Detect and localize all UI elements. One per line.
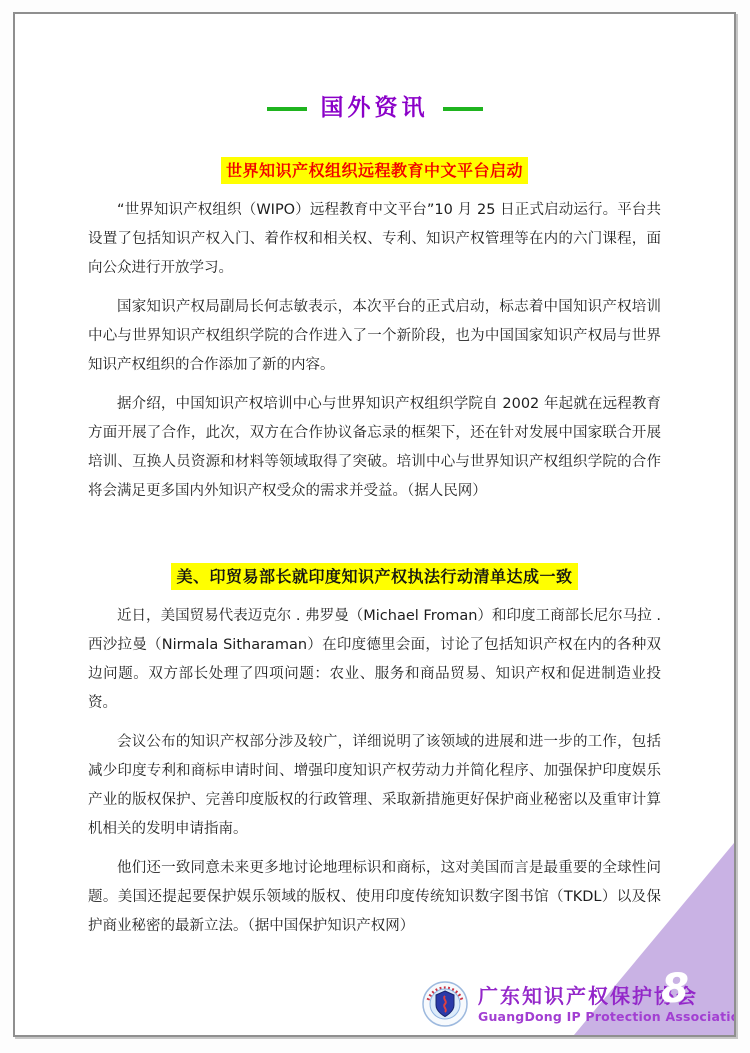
article-2-title: 美、印贸易部长就印度知识产权执法行动清单达成一致 [171,563,577,590]
page-number: 8 [661,969,689,1009]
page-title: 国外资讯 [321,94,429,124]
article-paragraph: 会议公布的知识产权部分涉及较广，详细说明了该领域的进展和进一步的工作，包括减少印… [88,728,661,844]
page-content: 世界知识产权组织远程教育中文平台启动 “世界知识产权组织（WIPO）远程教育中文… [15,157,734,941]
association-logo-icon [422,981,468,1027]
article-1-title: 世界知识产权组织远程教育中文平台启动 [221,157,528,184]
article-paragraph: “世界知识产权组织（WIPO）远程教育中文平台”10 月 25 日正式启动运行。… [88,196,661,283]
document-page: 国外资讯 世界知识产权组织远程教育中文平台启动 “世界知识产权组织（WIPO）远… [13,12,736,1037]
article-paragraph: 国家知识产权局副局长何志敏表示，本次平台的正式启动，标志着中国知识产权培训中心与… [88,293,661,380]
header-dash-right-icon [443,107,483,111]
article-paragraph: 近日，美国贸易代表迈克尔 . 弗罗曼（Michael Froman）和印度工商部… [88,602,661,718]
article-1: 世界知识产权组织远程教育中文平台启动 “世界知识产权组织（WIPO）远程教育中文… [88,157,661,506]
header-dash-left-icon [267,107,307,111]
org-name-cn: 广东知识产权保护协会 [478,985,736,1008]
org-name-en: GuangDong IP Protection Association [478,1009,736,1024]
section-header: 国外资讯 [15,94,734,124]
article-2-title-row: 美、印贸易部长就印度知识产权执法行动清单达成一致 [88,563,661,590]
footer-brand-text: 广东知识产权保护协会 GuangDong IP Protection Assoc… [478,985,736,1024]
article-paragraph: 据介绍，中国知识产权培训中心与世界知识产权组织学院自 2002 年起就在远程教育… [88,390,661,506]
article-1-title-row: 世界知识产权组织远程教育中文平台启动 [88,157,661,184]
